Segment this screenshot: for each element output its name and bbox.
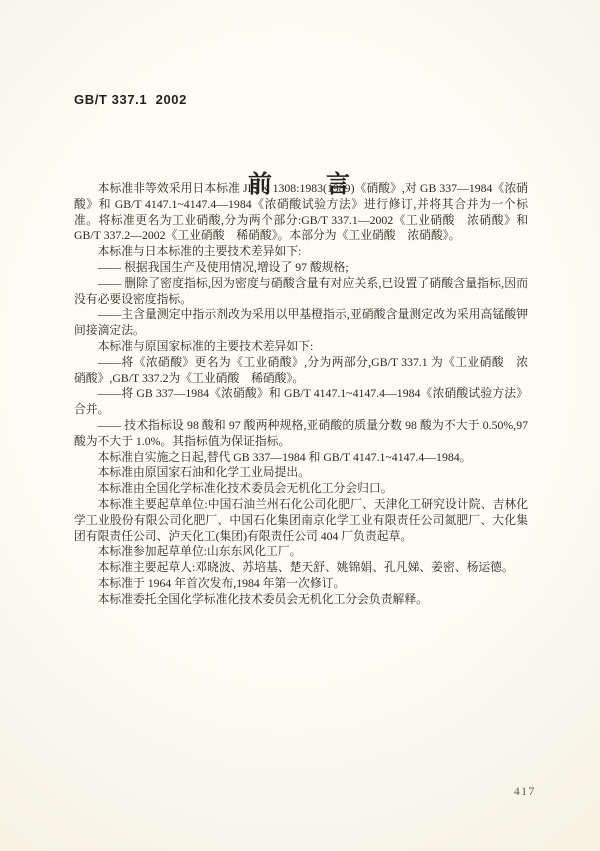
standard-code: GB/T 337.1 2002 bbox=[74, 92, 187, 107]
paragraph: ——将 GB 337—1984《浓硝酸》和 GB/T 4147.1~4147.4… bbox=[74, 386, 528, 418]
paragraph: —— 删除了密度指标,因为密度与硝酸含量有对应关系,已设置了硝酸含量指标,因而没… bbox=[74, 276, 528, 308]
paragraph: 本标准主要起草单位:中国石油兰州石化公司化肥厂、天津化工研究设计院、吉林化学工业… bbox=[74, 497, 528, 544]
foreword-body: 本标准非等效采用日本标准 JIS K 1308:1983(1989)《硝酸》,对… bbox=[74, 181, 528, 608]
paragraph: ——主含量测定中指示剂改为采用以甲基橙指示,亚硝酸含量测定改为采用高锰酸钾间接滴… bbox=[74, 307, 528, 339]
paragraph: 本标准由全国化学标准化技术委员会无机化工分会归口。 bbox=[74, 481, 528, 497]
paragraph: 本标准自实施之日起,替代 GB 337—1984 和 GB/T 4147.1~4… bbox=[74, 450, 528, 466]
paragraph: 本标准由原国家石油和化学工业局提出。 bbox=[74, 465, 528, 481]
paragraph: —— 根据我国生产及使用情况,增设了 97 酸规格; bbox=[74, 260, 528, 276]
paragraph: 本标准与日本标准的主要技术差异如下: bbox=[74, 244, 528, 260]
paragraph: 本标准参加起草单位:山东东风化工厂。 bbox=[74, 544, 528, 560]
paragraph: 本标准委托全国化学标准化技术委员会无机化工分会负责解释。 bbox=[74, 592, 528, 608]
paragraph: —— 技术指标设 98 酸和 97 酸两种规格,亚硝酸的质量分数 98 酸为不大… bbox=[74, 418, 528, 450]
paragraph: ——将《浓硝酸》更名为《工业硝酸》,分为两部分,GB/T 337.1 为《工业硝… bbox=[74, 355, 528, 387]
page-number: 417 bbox=[514, 786, 536, 798]
paragraph: 本标准主要起草人:邓晓波、苏培基、楚天舒、姚锦娟、孔凡娣、姜密、杨运德。 bbox=[74, 560, 528, 576]
paragraph: 本标准于 1964 年首次发布,1984 年第一次修订。 bbox=[74, 576, 528, 592]
document-page: GB/T 337.1 2002 前 言 本标准非等效采用日本标准 JIS K 1… bbox=[0, 0, 600, 851]
paragraph: 本标准非等效采用日本标准 JIS K 1308:1983(1989)《硝酸》,对… bbox=[74, 181, 528, 244]
paragraph: 本标准与原国家标准的主要技术差异如下: bbox=[74, 339, 528, 355]
